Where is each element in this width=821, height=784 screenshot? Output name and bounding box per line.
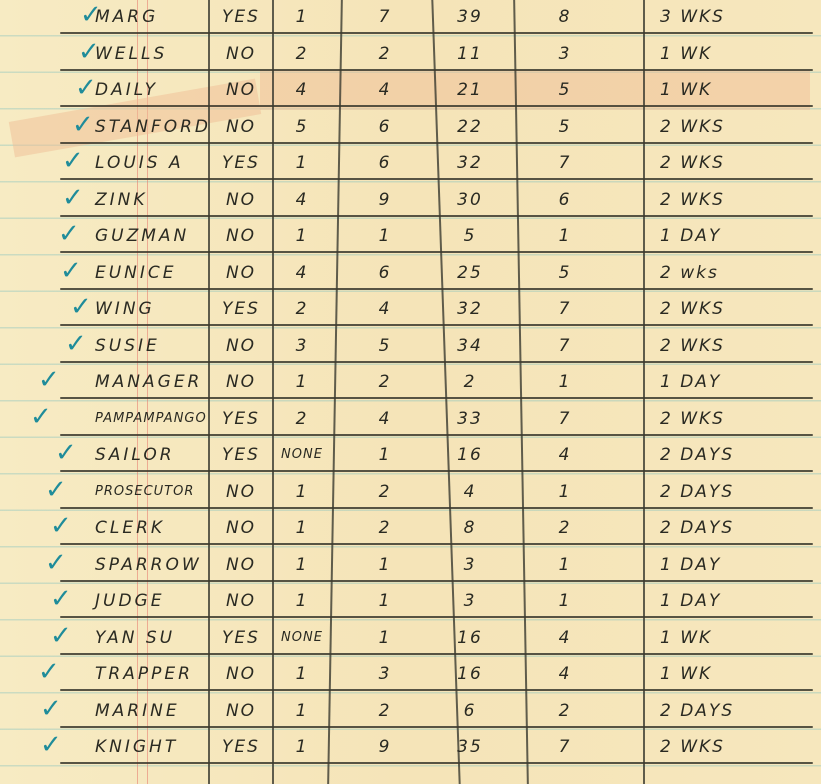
name-cell: KNIGHT: [95, 734, 178, 760]
table-row: ✓ YAN SU YES NONE 1 16 4 1 WK: [0, 619, 821, 655]
table-row: ✓ SAILOR YES NONE 1 16 4 2 DAYS: [0, 436, 821, 472]
duration-cell: 1 DAY: [660, 369, 800, 395]
check-icon: ✓: [40, 730, 62, 760]
count-cell: 7: [510, 406, 620, 432]
table-row: ✓ STANFORD NO 5 6 22 5 2 WKS: [0, 108, 821, 144]
count-cell: 1: [340, 442, 430, 468]
count-cell: 1: [510, 369, 620, 395]
table-row: ✓ PROSECUTOR NO 1 2 4 1 2 DAYS: [0, 473, 821, 509]
count-cell: 4: [272, 187, 332, 213]
check-icon: ✓: [62, 146, 84, 176]
count-cell: NONE: [272, 625, 332, 651]
count-cell: 5: [510, 77, 620, 103]
yes-no-cell: YES: [216, 625, 266, 651]
name-cell: ZINK: [95, 187, 148, 213]
yes-no-cell: NO: [216, 698, 266, 724]
total-cell: 16: [440, 661, 500, 687]
check-icon: ✓: [55, 438, 77, 468]
check-icon: ✓: [40, 694, 62, 724]
count-cell: 7: [340, 4, 430, 30]
total-cell: 8: [440, 515, 500, 541]
check-icon: ✓: [45, 548, 67, 578]
count-cell: 5: [272, 114, 332, 140]
count-cell: 7: [510, 734, 620, 760]
count-cell: 2: [510, 515, 620, 541]
count-cell: 1: [272, 588, 332, 614]
duration-cell: 2 DAYS: [660, 698, 800, 724]
table-row: ✓ WING YES 2 4 32 7 2 WKS: [0, 290, 821, 326]
name-cell: LOUIS A: [95, 150, 184, 176]
total-cell: 3: [440, 552, 500, 578]
duration-cell: 2 WKS: [660, 187, 800, 213]
count-cell: 1: [272, 698, 332, 724]
duration-cell: 1 WK: [660, 41, 800, 67]
table-row: ✓ JUDGE NO 1 1 3 1 1 DAY: [0, 582, 821, 618]
duration-cell: 2 WKS: [660, 150, 800, 176]
count-cell: 1: [272, 223, 332, 249]
total-cell: 2: [440, 369, 500, 395]
count-cell: 2: [272, 41, 332, 67]
count-cell: 9: [340, 187, 430, 213]
yes-no-cell: NO: [216, 223, 266, 249]
name-cell: WELLS: [95, 41, 167, 67]
count-cell: 1: [510, 588, 620, 614]
count-cell: 8: [510, 4, 620, 30]
yes-no-cell: NO: [216, 187, 266, 213]
duration-cell: 2 wks: [660, 260, 800, 286]
total-cell: 30: [440, 187, 500, 213]
yes-no-cell: YES: [216, 150, 266, 176]
yes-no-cell: YES: [216, 734, 266, 760]
total-cell: 22: [440, 114, 500, 140]
count-cell: 2: [340, 698, 430, 724]
count-cell: 9: [340, 734, 430, 760]
count-cell: 5: [340, 333, 430, 359]
yes-no-cell: NO: [216, 77, 266, 103]
check-icon: ✓: [75, 73, 97, 103]
total-cell: 25: [440, 260, 500, 286]
table-row: ✓ EUNICE NO 4 6 25 5 2 wks: [0, 254, 821, 290]
count-cell: 1: [340, 625, 430, 651]
duration-cell: 2 WKS: [660, 734, 800, 760]
name-cell: GUZMAN: [95, 223, 189, 249]
yes-no-cell: YES: [216, 296, 266, 322]
yes-no-cell: NO: [216, 333, 266, 359]
count-cell: 1: [272, 661, 332, 687]
duration-cell: 2 WKS: [660, 114, 800, 140]
check-icon: ✓: [50, 621, 72, 651]
total-cell: 39: [440, 4, 500, 30]
yes-no-cell: YES: [216, 442, 266, 468]
check-icon: ✓: [62, 183, 84, 213]
count-cell: 1: [510, 552, 620, 578]
table-row: ✓ MANAGER NO 1 2 2 1 1 DAY: [0, 363, 821, 399]
count-cell: 3: [272, 333, 332, 359]
table-row: ✓ MARINE NO 1 2 6 2 2 DAYS: [0, 692, 821, 728]
count-cell: 4: [340, 77, 430, 103]
check-icon: ✓: [30, 402, 52, 432]
count-cell: 1: [272, 479, 332, 505]
name-cell: MARINE: [95, 698, 180, 724]
total-cell: 21: [440, 77, 500, 103]
yes-no-cell: NO: [216, 260, 266, 286]
name-cell: TRAPPER: [95, 661, 193, 687]
total-cell: 6: [440, 698, 500, 724]
name-cell: MANAGER: [95, 369, 202, 395]
total-cell: 35: [440, 734, 500, 760]
count-cell: 6: [340, 150, 430, 176]
count-cell: 7: [510, 296, 620, 322]
check-icon: ✓: [50, 584, 72, 614]
table-row: ✓ GUZMAN NO 1 1 5 1 1 DAY: [0, 217, 821, 253]
duration-cell: 1 DAY: [660, 223, 800, 249]
yes-no-cell: NO: [216, 515, 266, 541]
row-rule: [60, 762, 813, 764]
duration-cell: 3 WKS: [660, 4, 800, 30]
ledger-table: ✓ MARG YES 1 7 39 8 3 WKS ✓ WELLS NO 2 2…: [0, 0, 821, 784]
count-cell: 2: [340, 369, 430, 395]
total-cell: 4: [440, 479, 500, 505]
count-cell: 5: [510, 260, 620, 286]
table-row: ✓ TRAPPER NO 1 3 16 4 1 WK: [0, 655, 821, 691]
count-cell: 1: [272, 150, 332, 176]
count-cell: 3: [340, 661, 430, 687]
count-cell: 3: [510, 41, 620, 67]
count-cell: 1: [340, 552, 430, 578]
duration-cell: 1 DAY: [660, 588, 800, 614]
yes-no-cell: NO: [216, 479, 266, 505]
count-cell: 1: [272, 369, 332, 395]
table-row: ✓ PAMPAMPANGO YES 2 4 33 7 2 WKS: [0, 400, 821, 436]
table-row: ✓ LOUIS A YES 1 6 32 7 2 WKS: [0, 144, 821, 180]
name-cell: STANFORD: [95, 114, 211, 140]
count-cell: 4: [510, 442, 620, 468]
table-row: ✓ ZINK NO 4 9 30 6 2 WKS: [0, 181, 821, 217]
duration-cell: 1 DAY: [660, 552, 800, 578]
count-cell: 1: [340, 588, 430, 614]
count-cell: 4: [510, 661, 620, 687]
name-cell: DAILY: [95, 77, 158, 103]
yes-no-cell: NO: [216, 41, 266, 67]
check-icon: ✓: [38, 657, 60, 687]
total-cell: 34: [440, 333, 500, 359]
check-icon: ✓: [70, 292, 92, 322]
name-cell: YAN SU: [95, 625, 175, 651]
duration-cell: 2 WKS: [660, 333, 800, 359]
table-row: ✓ DAILY NO 4 4 21 5 1 WK: [0, 71, 821, 107]
yes-no-cell: NO: [216, 588, 266, 614]
table-row: ✓ KNIGHT YES 1 9 35 7 2 WKS: [0, 728, 821, 764]
check-icon: ✓: [45, 475, 67, 505]
count-cell: 2: [340, 41, 430, 67]
check-icon: ✓: [72, 110, 94, 140]
count-cell: 4: [510, 625, 620, 651]
table-row: ✓ WELLS NO 2 2 11 3 1 WK: [0, 35, 821, 71]
count-cell: 1: [340, 223, 430, 249]
name-cell: PAMPAMPANGO: [95, 406, 207, 432]
table-row: ✓ CLERK NO 1 2 8 2 2 DAYS: [0, 509, 821, 545]
name-cell: CLERK: [95, 515, 165, 541]
count-cell: 2: [340, 479, 430, 505]
yes-no-cell: NO: [216, 114, 266, 140]
duration-cell: 2 DAYS: [660, 442, 800, 468]
table-row: ✓ SUSIE NO 3 5 34 7 2 WKS: [0, 327, 821, 363]
total-cell: 32: [440, 150, 500, 176]
yes-no-cell: NO: [216, 552, 266, 578]
name-cell: JUDGE: [95, 588, 164, 614]
table-row: ✓ SPARROW NO 1 1 3 1 1 DAY: [0, 546, 821, 582]
total-cell: 16: [440, 442, 500, 468]
name-cell: EUNICE: [95, 260, 177, 286]
total-cell: 16: [440, 625, 500, 651]
count-cell: 1: [272, 734, 332, 760]
count-cell: 1: [272, 4, 332, 30]
count-cell: 7: [510, 333, 620, 359]
name-cell: WING: [95, 296, 155, 322]
count-cell: 4: [272, 260, 332, 286]
count-cell: 4: [340, 406, 430, 432]
count-cell: 1: [272, 515, 332, 541]
name-cell: PROSECUTOR: [95, 479, 194, 505]
count-cell: NONE: [272, 442, 332, 468]
count-cell: 4: [340, 296, 430, 322]
duration-cell: 2 WKS: [660, 296, 800, 322]
yes-no-cell: NO: [216, 661, 266, 687]
count-cell: 6: [510, 187, 620, 213]
name-cell: SPARROW: [95, 552, 202, 578]
check-icon: ✓: [38, 365, 60, 395]
yes-no-cell: NO: [216, 369, 266, 395]
count-cell: 2: [340, 515, 430, 541]
yes-no-cell: YES: [216, 4, 266, 30]
table-row: ✓ MARG YES 1 7 39 8 3 WKS: [0, 0, 821, 34]
count-cell: 2: [272, 296, 332, 322]
duration-cell: 1 WK: [660, 661, 800, 687]
total-cell: 11: [440, 41, 500, 67]
total-cell: 3: [440, 588, 500, 614]
count-cell: 2: [272, 406, 332, 432]
total-cell: 5: [440, 223, 500, 249]
count-cell: 1: [510, 479, 620, 505]
check-icon: ✓: [50, 511, 72, 541]
yes-no-cell: YES: [216, 406, 266, 432]
count-cell: 4: [272, 77, 332, 103]
total-cell: 32: [440, 296, 500, 322]
check-icon: ✓: [65, 329, 87, 359]
count-cell: 2: [510, 698, 620, 724]
name-cell: SAILOR: [95, 442, 175, 468]
count-cell: 7: [510, 150, 620, 176]
count-cell: 5: [510, 114, 620, 140]
count-cell: 6: [340, 260, 430, 286]
name-cell: MARG: [95, 4, 158, 30]
count-cell: 1: [510, 223, 620, 249]
duration-cell: 2 DAYS: [660, 479, 800, 505]
duration-cell: 1 WK: [660, 625, 800, 651]
check-icon: ✓: [58, 219, 80, 249]
check-icon: ✓: [60, 256, 82, 286]
count-cell: 1: [272, 552, 332, 578]
total-cell: 33: [440, 406, 500, 432]
duration-cell: 1 WK: [660, 77, 800, 103]
duration-cell: 2 WKS: [660, 406, 800, 432]
name-cell: SUSIE: [95, 333, 160, 359]
count-cell: 6: [340, 114, 430, 140]
duration-cell: 2 DAYS: [660, 515, 800, 541]
